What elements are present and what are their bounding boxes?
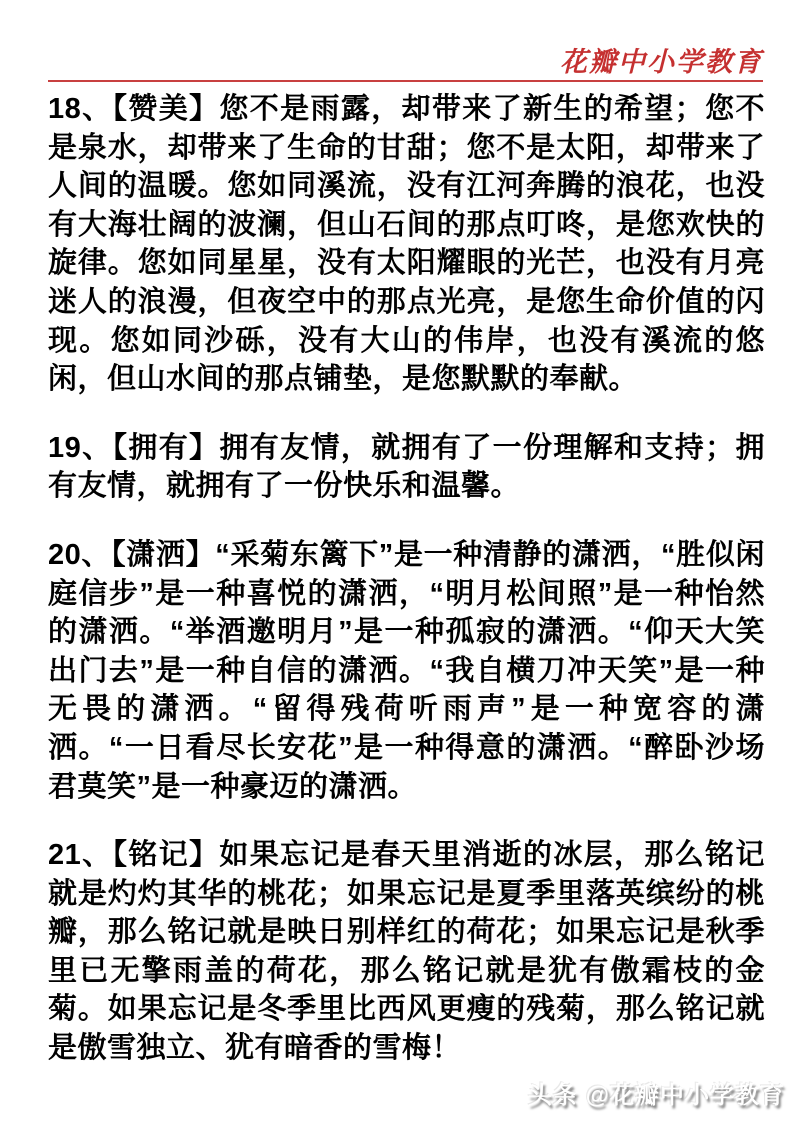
document-body: 18、【赞美】您不是雨露，却带来了新生的希望；您不是泉水，却带来了生命的甘甜；您… [48,90,765,1098]
header-divider [48,80,763,82]
document-page: 花瓣中小学教育 18、【赞美】您不是雨露，却带来了新生的希望；您不是泉水，却带来… [0,0,793,1122]
brand-header: 花瓣中小学教育 [560,46,763,78]
paragraph-20: 20、【潇洒】“采菊东篱下”是一种清静的潇洒，“胜似闲庭信步”是一种喜悦的潇洒，… [48,536,765,806]
paragraph-19: 19、【拥有】拥有友情，就拥有了一份理解和支持；拥有友情，就拥有了一份快乐和温馨… [48,429,765,506]
watermark: 头条 @花瓣中小学教育 [528,1075,785,1110]
paragraph-21: 21、【铭记】如果忘记是春天里消逝的冰层，那么铭记就是灼灼其华的桃花；如果忘记是… [48,836,765,1068]
paragraph-18: 18、【赞美】您不是雨露，却带来了新生的希望；您不是泉水，却带来了生命的甘甜；您… [48,90,765,399]
